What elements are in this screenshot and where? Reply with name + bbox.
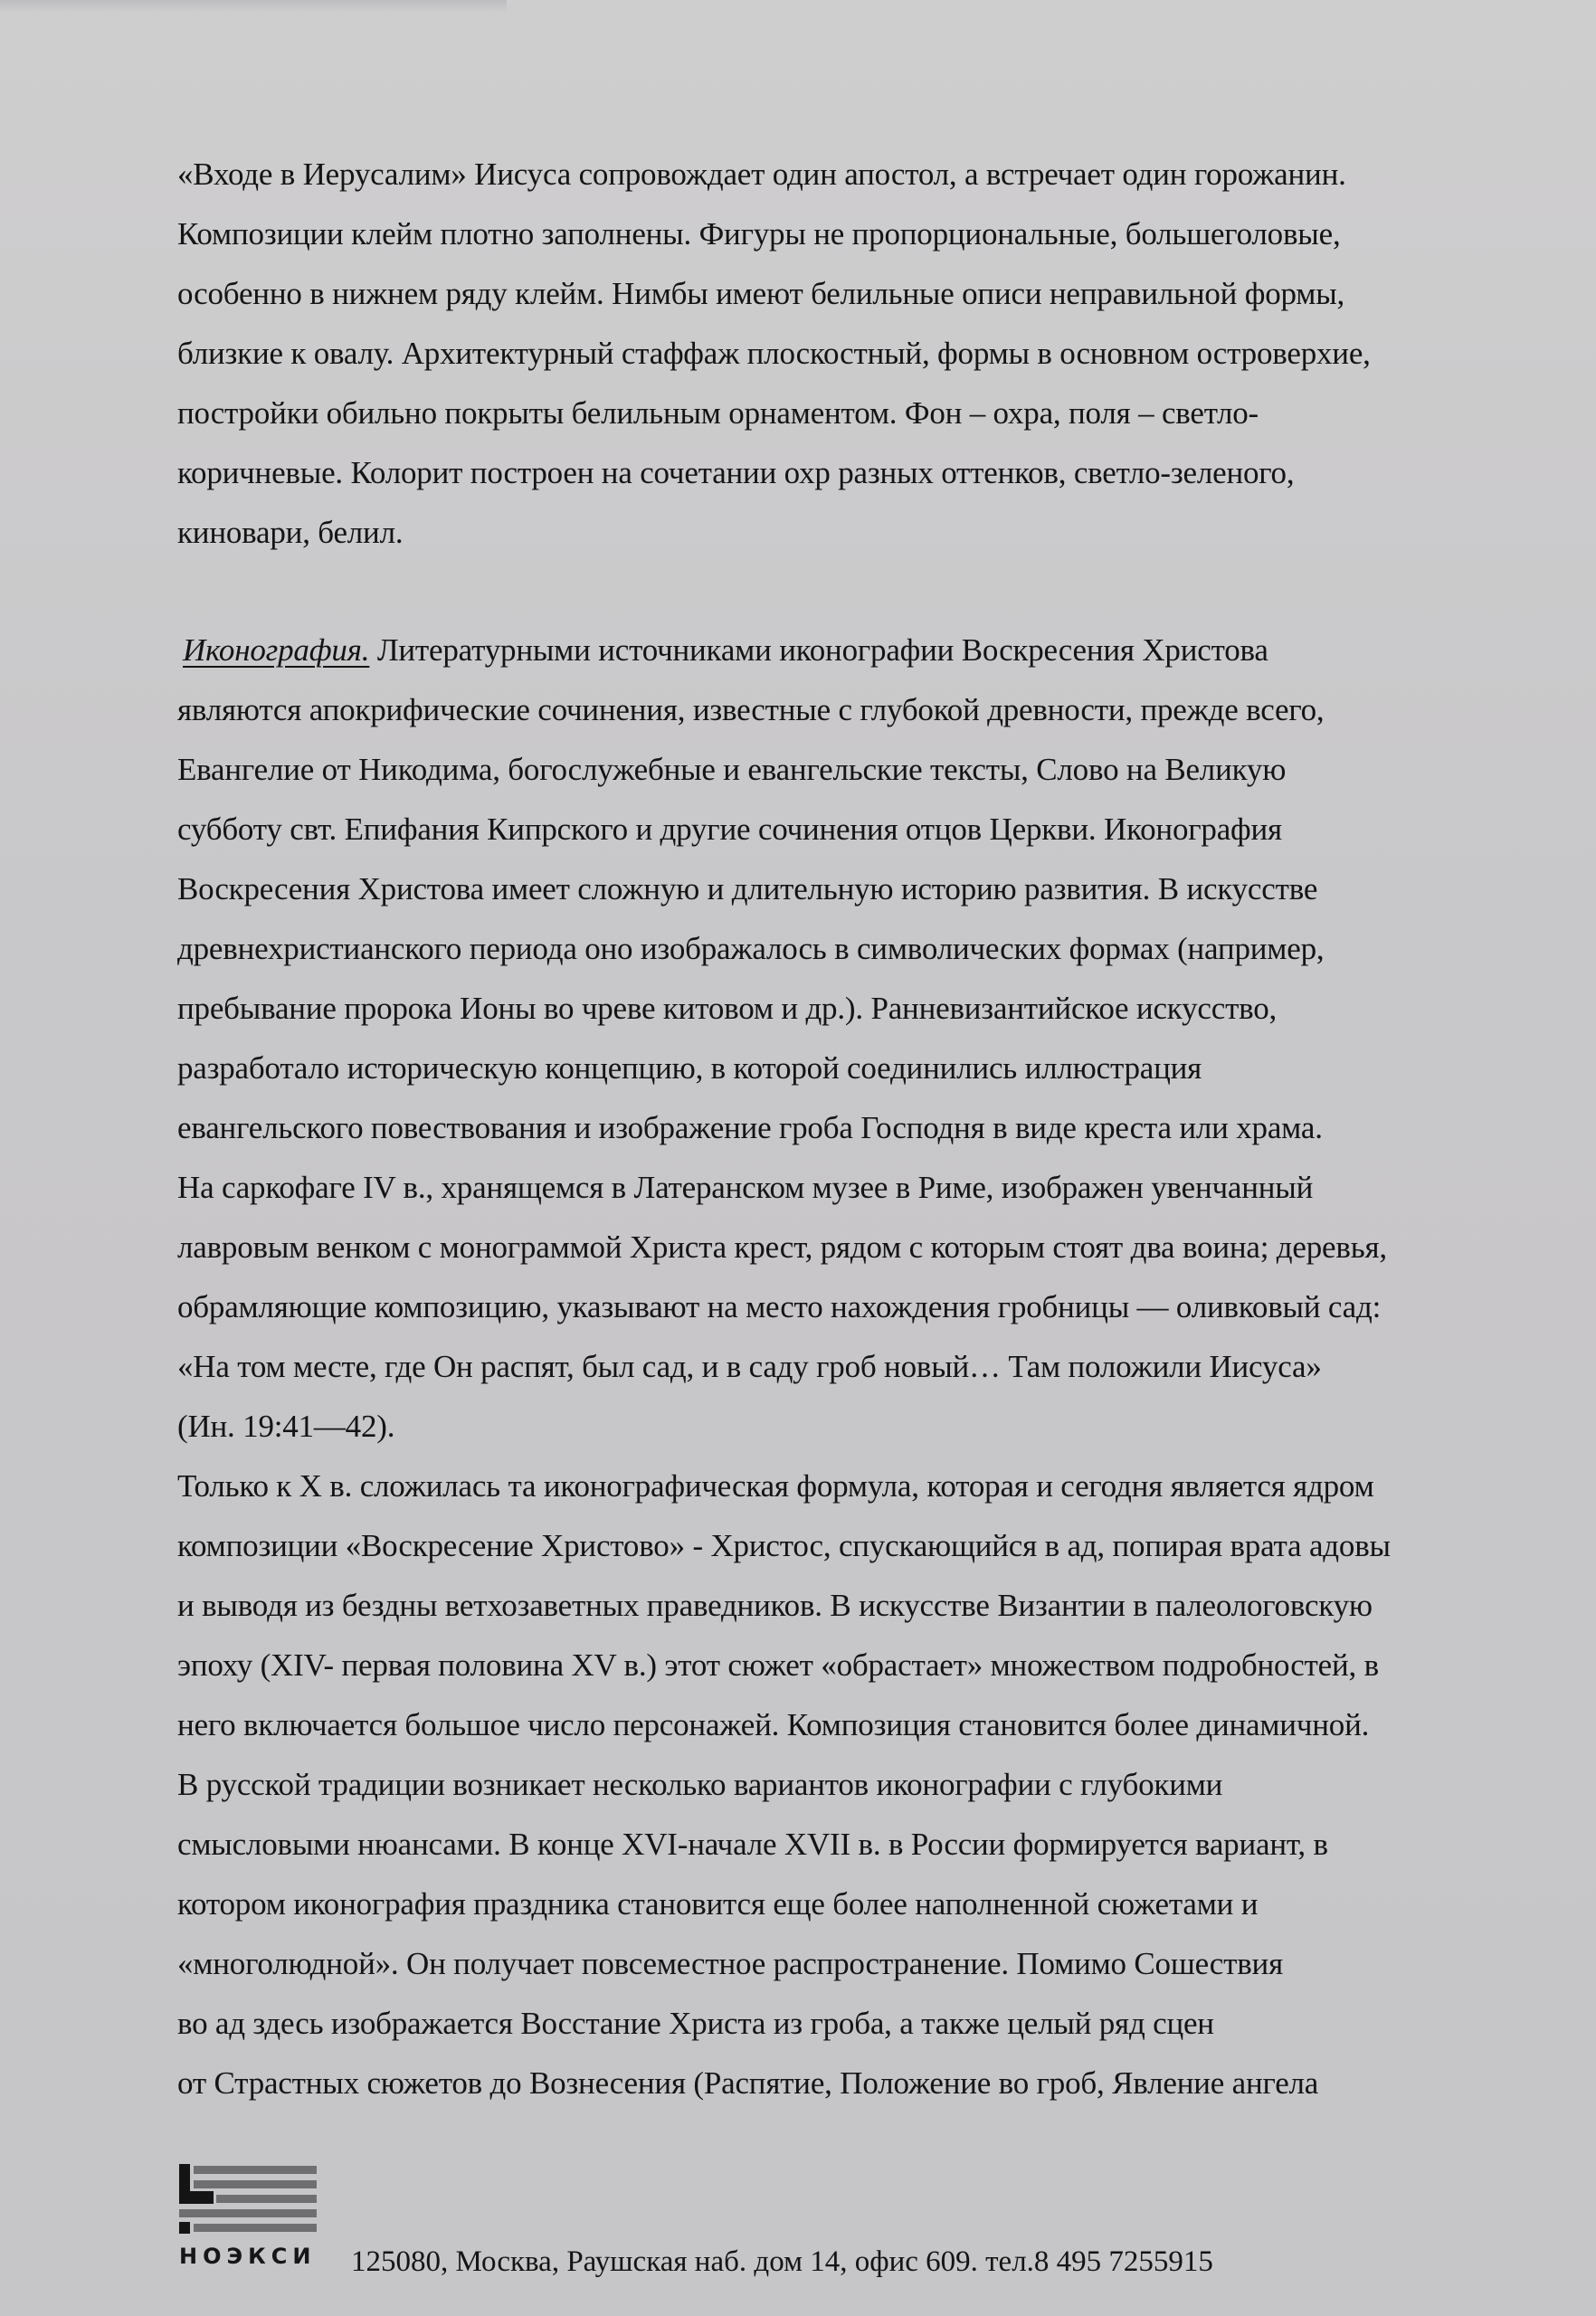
text-line: композиции «Воскресение Христово» - Хрис… xyxy=(177,1516,1562,1576)
paragraph-history: Только к X в. сложилась та иконографичес… xyxy=(177,1457,1562,2113)
text-line: Евангелие от Никодима, богослужебные и е… xyxy=(177,740,1562,800)
section-heading: Иконография. xyxy=(183,632,369,668)
text-line: Иконография. Литературными источниками и… xyxy=(177,621,1562,680)
text-line: близкие к овалу. Архитектурный стаффаж п… xyxy=(177,324,1562,384)
text-line: особенно в нижнем ряду клейм. Нимбы имею… xyxy=(177,264,1562,324)
company-logo: НОЭКСИ xyxy=(179,2164,324,2273)
text-line: пребывание пророка Ионы во чреве китовом… xyxy=(177,979,1562,1039)
text-line: На саркофаге IV в., хранящемся в Латеран… xyxy=(177,1158,1562,1218)
text-line: постройки обильно покрыты белильным орна… xyxy=(177,384,1562,443)
text-line: «На том месте, где Он распят, был сад, и… xyxy=(177,1337,1562,1397)
text-line: разработало историческую концепцию, в ко… xyxy=(177,1039,1562,1098)
text-line: обрамляющие композицию, указывают на мес… xyxy=(177,1277,1562,1337)
text-line: лавровым венком с монограммой Христа кре… xyxy=(177,1218,1562,1277)
company-address: 125080, Москва, Раушская наб. дом 14, оф… xyxy=(351,2245,1213,2279)
paragraph-iconography: Иконография. Литературными источниками и… xyxy=(177,621,1562,1457)
paragraph-spacer xyxy=(177,563,1562,621)
text-line: «Входе в Иерусалим» Иисуса сопровождает … xyxy=(177,145,1562,204)
text-line: евангельского повествования и изображени… xyxy=(177,1098,1562,1158)
text-line: В русской традиции возникает несколько в… xyxy=(177,1755,1562,1815)
text-line: коричневые. Колорит построен на сочетани… xyxy=(177,443,1562,503)
text-line: Только к X в. сложилась та иконографичес… xyxy=(177,1457,1562,1516)
text-line: от Страстных сюжетов до Вознесения (Расп… xyxy=(177,2054,1562,2113)
letterhead-footer: НОЭКСИ 125080, Москва, Раушская наб. дом… xyxy=(179,2164,1446,2282)
logo-wordmark: НОЭКСИ xyxy=(179,2244,316,2269)
text-line: (Ин. 19:41—42). xyxy=(177,1397,1562,1457)
text-line: являются апокрифические сочинения, извес… xyxy=(177,680,1562,740)
paper-edge xyxy=(0,0,507,13)
text-line: котором иконография праздника становится… xyxy=(177,1875,1562,1934)
paragraph-description: «Входе в Иерусалим» Иисуса сопровождает … xyxy=(177,145,1562,563)
text-line: Воскресения Христова имеет сложную и дли… xyxy=(177,859,1562,919)
text-line: эпоху (XIV- первая половина XV в.) этот … xyxy=(177,1636,1562,1695)
text-line: субботу свт. Епифания Кипрского и другие… xyxy=(177,800,1562,859)
text-line: и выводя из бездны ветхозаветных праведн… xyxy=(177,1576,1562,1636)
text-line: смысловыми нюансами. В конце XVI-начале … xyxy=(177,1815,1562,1875)
text-line: него включается большое число персонажей… xyxy=(177,1695,1562,1755)
text-line: киновари, белил. xyxy=(177,503,1562,563)
text-line: во ад здесь изображается Восстание Христ… xyxy=(177,1994,1562,2054)
logo-mark-icon xyxy=(179,2164,317,2235)
text-fragment: Литературными источниками иконографии Во… xyxy=(369,632,1268,668)
text-line: Композиции клейм плотно заполнены. Фигур… xyxy=(177,204,1562,264)
text-line: древнехристианского периода оно изобража… xyxy=(177,919,1562,979)
text-line: «многолюдной». Он получает повсеместное … xyxy=(177,1934,1562,1994)
document-page: «Входе в Иерусалим» Иисуса сопровождает … xyxy=(177,145,1562,2113)
